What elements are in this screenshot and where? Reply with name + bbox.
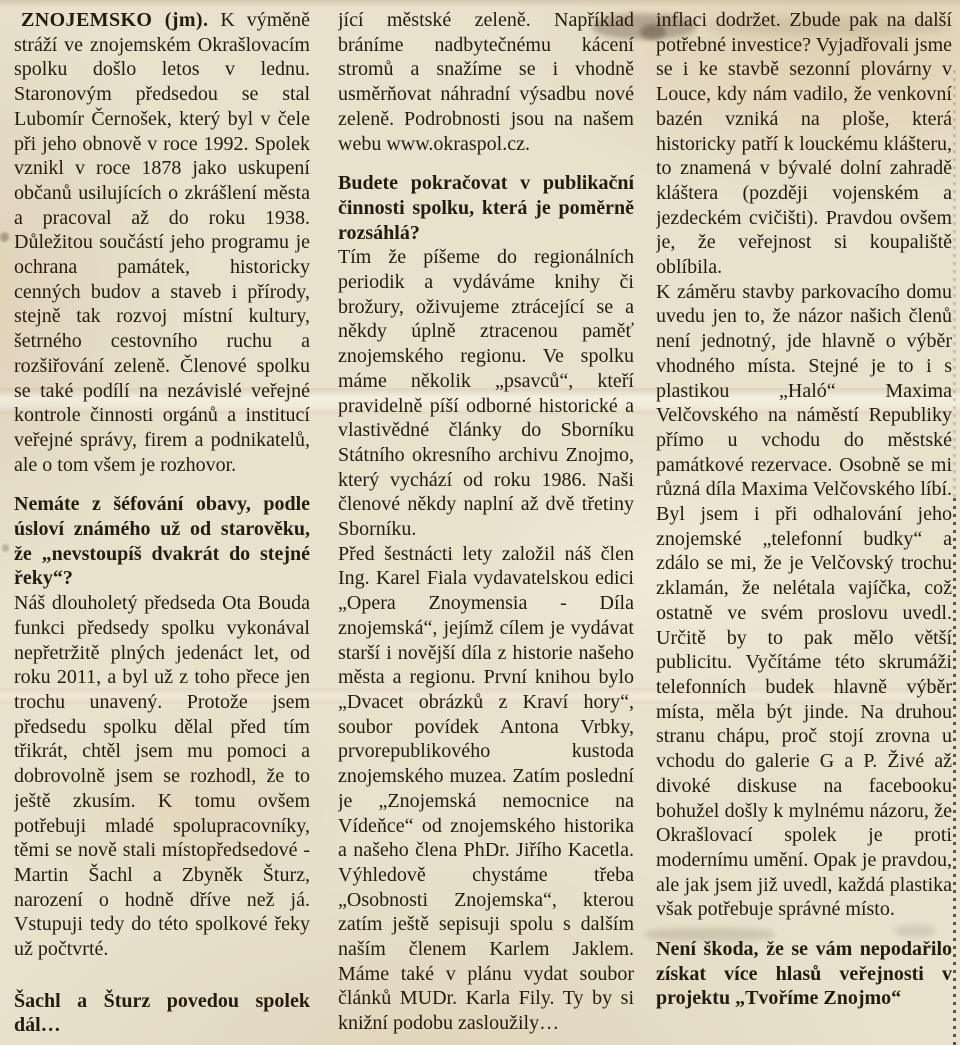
dateline: ZNOJEMSKO (jm). [21,9,208,31]
interview-answer: Před šestnácti lety založil náš člen Ing… [338,542,634,1036]
interview-question: Není škoda, že se vám nepodařilo získat … [656,937,952,1011]
ink-speck [2,544,9,552]
interview-question: Nemáte z šéfování obavy, podle úsloví zn… [14,492,310,591]
continuation-paragraph: jící městské zeleně. Například bráníme n… [338,8,634,156]
interview-answer: Náš dlouholetý předseda Ota Bouda funkci… [14,591,310,962]
column-divider-dotted-rule-faint [953,70,956,498]
lead-paragraph-text: K výměně stráží ve znojemském Okrašlovac… [14,9,310,476]
column-divider-dotted-rule [953,498,956,1045]
interview-answer: K záměru stavby parkovacího domu uvedu j… [656,280,952,922]
interview-question: Budete pokračovat v publikační činnosti … [338,171,634,245]
ink-speck [0,232,9,242]
interview-answer: Tím že píšeme do regionálních periodik a… [338,245,634,541]
column-2: jící městské zeleně. Například bráníme n… [338,0,634,1045]
continuation-paragraph: inflaci dodržet. Zbude pak na další potř… [656,8,952,280]
lead-paragraph: ZNOJEMSKO (jm). K výměně stráží ve znoje… [14,8,310,477]
column-3: inflaci dodržet. Zbude pak na další potř… [656,0,952,1045]
interview-question-clipped: Šachl a Šturz povedou spolek dál… [14,989,310,1038]
newspaper-clipping: ZNOJEMSKO (jm). K výměně stráží ve znoje… [0,0,960,1045]
column-1: ZNOJEMSKO (jm). K výměně stráží ve znoje… [14,0,310,1045]
